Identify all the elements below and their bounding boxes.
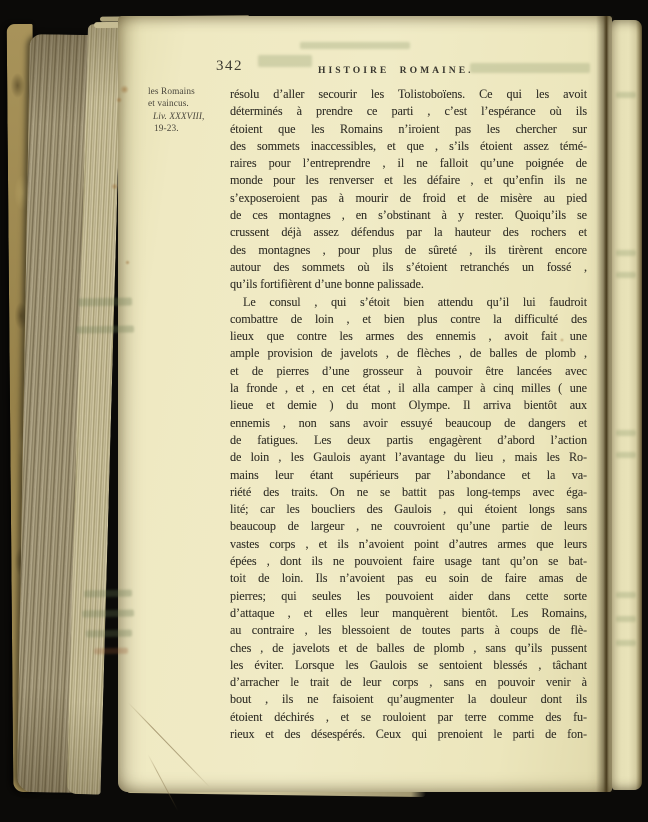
body-line: résolu d’aller secourir les Tolistoboïen… [230, 86, 587, 103]
body-line: raires pour l’entreprendre , il ne fallo… [230, 155, 587, 172]
stack-smudge [86, 630, 132, 638]
body-line: la fronde , et , en cet état , il alla c… [230, 380, 587, 397]
body-line: ennemis , non sans avoir essuyé beaucoup… [230, 415, 587, 432]
body-line: qu’ils fortifièrent d’une bonne palissad… [230, 276, 587, 293]
body-text: résolu d’aller secourir les Tolistoboïen… [230, 86, 587, 743]
margin-note-line: Liv. XXXVIII, [148, 111, 232, 123]
body-line: déterminés à prendre ce parti , c’est l’… [230, 103, 587, 120]
book-scan: 342 HISTOIRE ROMAINE. les Romainset vain… [0, 0, 648, 822]
body-line: lité; car les boucliers des Gaulois , qu… [230, 501, 587, 518]
ghost-showthrough [300, 42, 410, 49]
body-line: de loin , les Gaulois ayant l’avantage d… [230, 449, 587, 466]
page-number: 342 [216, 58, 243, 75]
body-line: de fatigues. Les deux partis engagèrent … [230, 432, 587, 449]
body-line: vastes corps , et ils n’avoient point d’… [230, 536, 587, 553]
foxing-spot [125, 260, 130, 265]
ghost-showthrough [470, 63, 590, 73]
next-page-sliver [612, 20, 642, 790]
foxing-spot [116, 97, 122, 103]
foxing-spot [120, 85, 129, 94]
stack-smudge [84, 590, 132, 598]
body-line: d’arracher le trait de leur corps , sans… [230, 674, 587, 691]
body-line: des sommets inaccessibles, et que , s’il… [230, 138, 587, 155]
body-line: crussent déjà assez défendus par la haut… [230, 224, 587, 241]
body-line: d’attaque , et elles leur manquèrent bie… [230, 605, 587, 622]
ghost-showthrough [616, 640, 636, 646]
margin-note-line: et vaincus. [148, 98, 232, 110]
body-line: s’exposeroient pas à mourir de froid et … [230, 190, 587, 207]
stack-smudge [94, 648, 128, 655]
body-line: combattre de loin , et bien plus contre … [230, 311, 587, 328]
ghost-showthrough [258, 55, 312, 67]
running-title: HISTOIRE ROMAINE. [318, 65, 474, 76]
ghost-showthrough [616, 616, 636, 622]
ghost-showthrough [616, 250, 636, 256]
body-line: ches , de javelots et de balles de plomb… [230, 640, 587, 657]
body-line: bout , ils ne faisoient qu’augmenter la … [230, 691, 587, 708]
body-line: épées , dont ils ne pouvoient faire usag… [230, 553, 587, 570]
body-line: riété des traits. On ne se battit pas lo… [230, 484, 587, 501]
body-line: autour des sommets où ils s’étoient retr… [230, 259, 587, 276]
body-line: et de pierres d’une grosseur à pouvoir ê… [230, 363, 587, 380]
body-line: de ces montagnes , en s’obstinant à y re… [230, 207, 587, 224]
body-line: lieue et demie ) du mont Olympe. Il arri… [230, 397, 587, 414]
ghost-showthrough [616, 430, 636, 436]
stack-smudge [78, 298, 132, 307]
body-line: lieux que contre les armes des ennemis ,… [230, 328, 587, 345]
body-line: pierres; qui seules les pouvoient aider … [230, 588, 587, 605]
body-line: toit de loin. Ils n’avoient pas eu soin … [230, 570, 587, 587]
ghost-showthrough [616, 592, 636, 598]
body-line: ample provision de javelots , de flèches… [230, 345, 587, 362]
foxing-spot [560, 338, 564, 342]
margin-note-line: 19-23. [148, 123, 232, 135]
ghost-showthrough [616, 92, 636, 98]
book-page: 342 HISTOIRE ROMAINE. les Romainset vain… [118, 16, 612, 792]
ghost-showthrough [616, 272, 636, 278]
body-line: Le consul , qui s’étoit bien attendu qu’… [230, 294, 587, 311]
margin-note: les Romainset vaincus.Liv. XXXVIII,19-23… [148, 86, 232, 135]
body-line: des montagnes , pour plus de sûreté , il… [230, 242, 587, 259]
body-line: rieux et des désespérés. Ceux qui prenoi… [230, 726, 587, 743]
body-line: étoient que les Romains n’iroient pas le… [230, 121, 587, 138]
body-line: au contraire , les blessoient de toutes … [230, 622, 587, 639]
body-line: les éviter. Lorsque les Gaulois se sento… [230, 657, 587, 674]
body-line: beaucoup de largeur , ne couvroient qu’u… [230, 518, 587, 535]
body-line: étoient déchirés , et se rouloient par t… [230, 709, 587, 726]
body-line: monde pour les renverser et les défaire … [230, 172, 587, 189]
margin-note-line: les Romains [148, 86, 232, 98]
stack-smudge [76, 325, 134, 333]
stack-smudge [82, 610, 134, 618]
foxing-spot [111, 183, 118, 190]
ghost-showthrough [616, 452, 636, 458]
body-line: mains leur étant supérieurs par l’abonda… [230, 467, 587, 484]
